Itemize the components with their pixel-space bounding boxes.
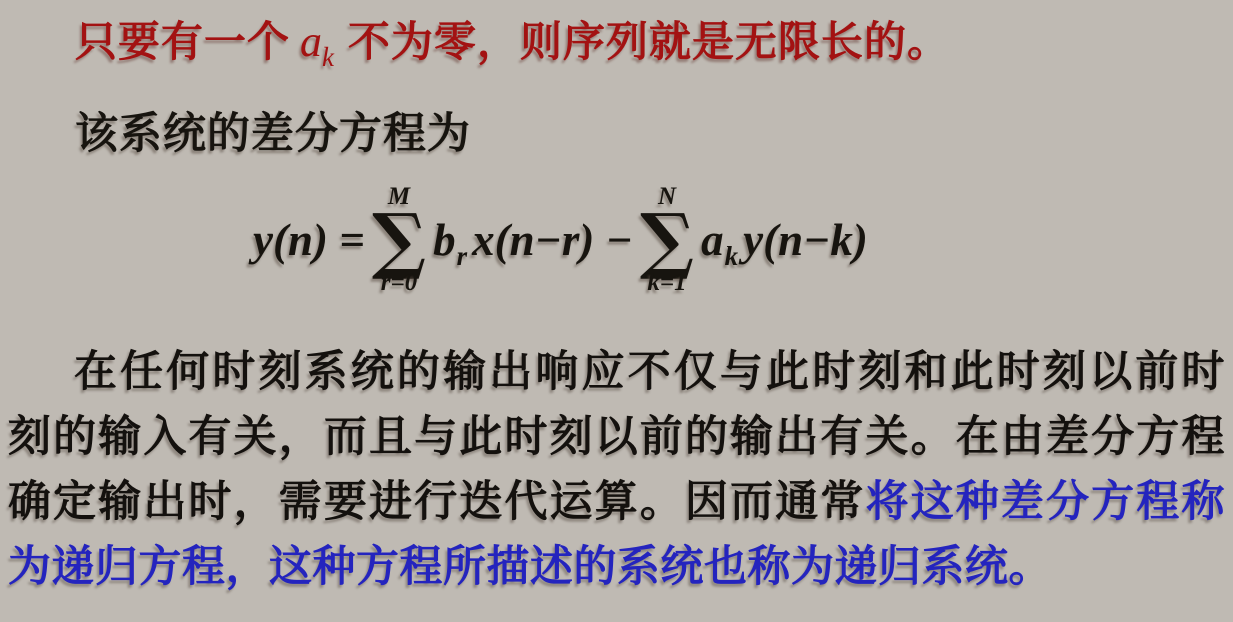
para-line-4-blue: 为递归方程，这种方程所描述的系统也称为递归系统。 bbox=[8, 543, 1052, 591]
headline-pre-text: 只要有一个 bbox=[75, 18, 290, 65]
term2-rest: y(n−k) bbox=[743, 215, 868, 265]
sigma-icon: ∑ bbox=[640, 210, 694, 269]
subtitle: 该系统的差分方程为 bbox=[75, 100, 471, 161]
sigma-icon: ∑ bbox=[372, 210, 426, 269]
term1-coefficient: b bbox=[433, 215, 456, 265]
para-line-3: 确定输出时，需要进行迭代运算。因而通常将这种差分方程称 bbox=[8, 470, 1225, 535]
var-base: a bbox=[300, 17, 322, 66]
formula-term-2: aky(n−k) bbox=[701, 218, 868, 263]
summation-2: N ∑ k=1 bbox=[640, 184, 694, 296]
headline-var-ak: ak bbox=[300, 17, 334, 66]
headline: 只要有一个ak不为零，则序列就是无限长的。 bbox=[75, 9, 950, 69]
var-subscript: k bbox=[322, 42, 334, 72]
sum1-lower-limit: r=0 bbox=[381, 270, 417, 296]
headline-post-text: 不为零，则序列就是无限长的。 bbox=[348, 18, 950, 65]
formula-term-1: brx(n−r) − bbox=[433, 218, 633, 263]
para-line-4: 为递归方程，这种方程所描述的系统也称为递归系统。 bbox=[8, 535, 1225, 600]
para-line-1: 在任何时刻系统的输出响应不仅与此时刻和此时刻以前时 bbox=[8, 340, 1225, 405]
term2-subscript: k bbox=[725, 241, 739, 271]
lecture-slide: 只要有一个ak不为零，则序列就是无限长的。 该系统的差分方程为 y(n) = M… bbox=[0, 0, 1233, 622]
difference-equation: y(n) = M ∑ r=0 brx(n−r) − N ∑ k=1 aky(n−… bbox=[253, 178, 868, 302]
formula-lhs: y(n) = bbox=[253, 218, 365, 263]
para-line-3-black: 确定输出时，需要进行迭代运算。因而通常 bbox=[8, 478, 866, 526]
summation-1: M ∑ r=0 bbox=[372, 184, 426, 296]
term1-subscript: r bbox=[457, 241, 468, 271]
para-line-3-blue: 将这种差分方程称 bbox=[866, 478, 1225, 526]
term2-coefficient: a bbox=[701, 215, 724, 265]
para-line-2: 刻的输入有关，而且与此时刻以前的输出有关。在由差分方程 bbox=[8, 405, 1225, 470]
body-paragraph: 在任何时刻系统的输出响应不仅与此时刻和此时刻以前时 刻的输入有关，而且与此时刻以… bbox=[8, 340, 1225, 600]
sum2-lower-limit: k=1 bbox=[647, 270, 686, 296]
term1-rest: x(n−r) − bbox=[472, 215, 633, 265]
